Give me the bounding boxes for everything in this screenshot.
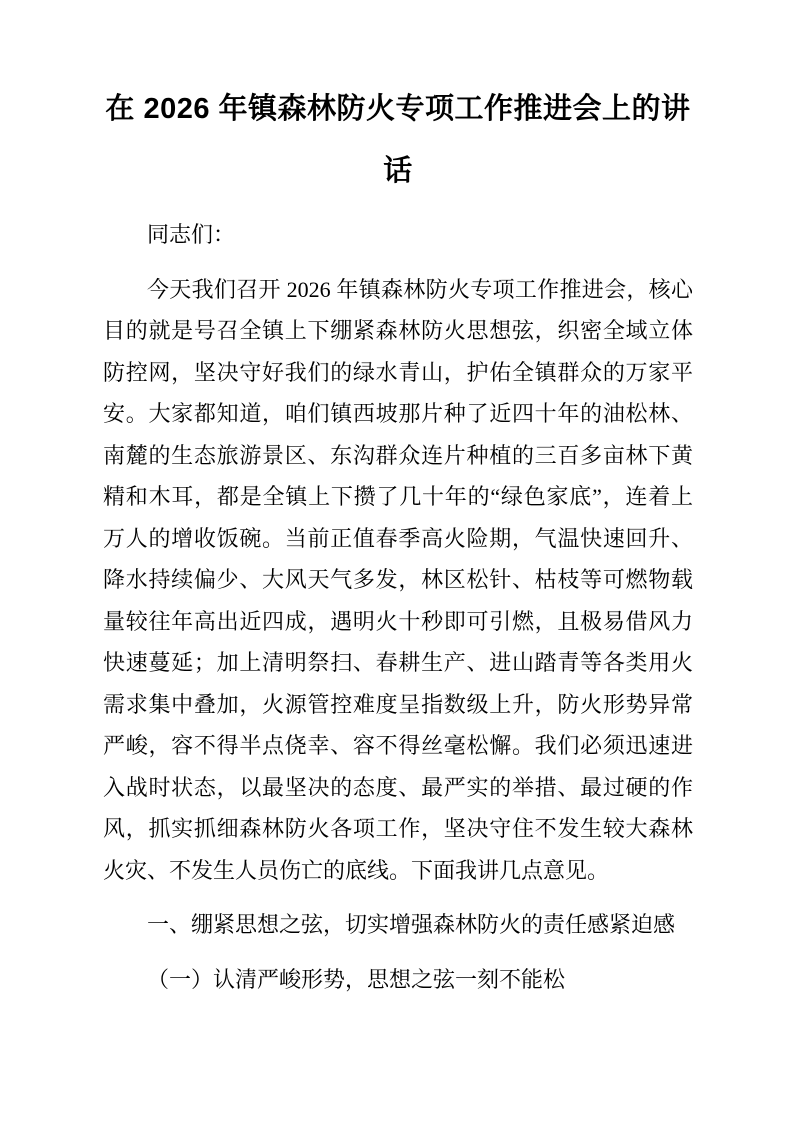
subsection-heading-1-1: （一）认清严峻形势，思想之弦一刻不能松 (103, 959, 693, 1001)
section-heading-1: 一、绷紧思想之弦，切实增强森林防火的责任感紧迫感 (103, 904, 693, 946)
salutation: 同志们： (103, 214, 693, 256)
document-page: 在 2026 年镇森林防火专项工作推进会上的讲话 同志们： 今天我们召开 202… (0, 0, 793, 1122)
body-paragraph: 今天我们召开 2026 年镇森林防火专项工作推进会，核心目的就是号召全镇上下绷紧… (103, 269, 693, 892)
document-title: 在 2026 年镇森林防火专项工作推进会上的讲话 (103, 78, 693, 202)
